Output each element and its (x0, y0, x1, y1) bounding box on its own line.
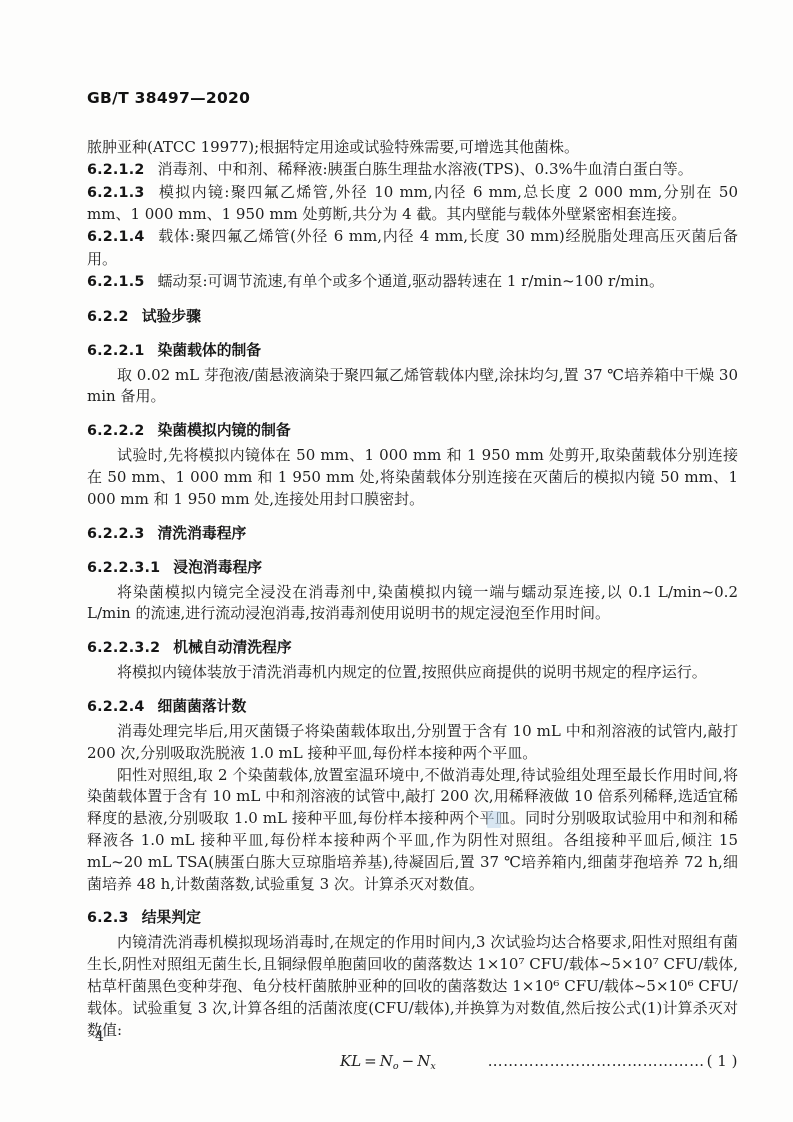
paragraph-6.2.3: 内镜清洗消毒机模拟现场消毒时,在规定的作用时间内,3 次试验均达合格要求,阳性对… (87, 932, 738, 1041)
page-content: GB/T 38497—2020 脓肿亚种(ATCC 19977);根据特定用途或… (87, 88, 738, 1072)
heading-6.2.2: 6.2.2试验步骤 (87, 306, 738, 328)
clause-text: 模拟内镜:聚四氟乙烯管,外径 10 mm,内径 6 mm,总长度 2 000 m… (87, 183, 738, 224)
heading-title: 清洗消毒程序 (158, 525, 247, 542)
minus-sign: − (399, 1052, 418, 1070)
formula-expression: KL=No−Nx (340, 1050, 436, 1072)
paragraph-6.2.2.4-1: 消毒处理完毕后,用灭菌镊子将染菌载体取出,分别置于含有 10 mL 中和剂溶液的… (87, 721, 738, 765)
paragraph-6.2.2.2: 试验时,先将模拟内镜体在 50 mm、1 000 mm 和 1 950 mm 处… (87, 445, 738, 510)
heading-6.2.2.1: 6.2.2.1染菌载体的制备 (87, 340, 738, 362)
heading-number: 6.2.2 (87, 309, 129, 325)
subscript-x: x (430, 1061, 435, 1072)
document-page: GB/T 38497—2020 脓肿亚种(ATCC 19977);根据特定用途或… (0, 0, 793, 1122)
heading-title: 试验步骤 (142, 308, 201, 325)
heading-6.2.2.3.1: 6.2.2.3.1浸泡消毒程序 (87, 557, 738, 579)
clause-number: 6.2.1.5 (87, 274, 145, 290)
clause-text: 消毒剂、中和剂、稀释液:胰蛋白胨生理盐水溶液(TPS)、0.3%牛血清白蛋白等。 (158, 160, 693, 178)
clause-text: 蠕动泵:可调节流速,有单个或多个通道,驱动器转速在 1 r/min~100 r/… (158, 272, 664, 290)
heading-6.2.2.3: 6.2.2.3清洗消毒程序 (87, 523, 738, 545)
heading-title: 浸泡消毒程序 (173, 559, 262, 576)
continuation-paragraph: 脓肿亚种(ATCC 19977);根据特定用途或试验特殊需要,可增选其他菌株。 (87, 137, 738, 159)
clause-text: 载体:聚四氟乙烯管(外径 6 mm,内径 4 mm,长度 30 mm)经脱脂处理… (87, 227, 738, 268)
dot-leader: …………………………………… (488, 1050, 705, 1072)
subscript-o: o (393, 1061, 399, 1072)
equation-1: KL=No−Nx …………………………………… ( 1 ) (87, 1050, 738, 1072)
heading-number: 6.2.2.3.2 (87, 640, 160, 656)
heading-6.2.2.3.2: 6.2.2.3.2机械自动清洗程序 (87, 637, 738, 659)
heading-number: 6.2.2.2 (87, 423, 145, 439)
equals-sign: = (361, 1052, 380, 1070)
scan-watermark-artifact (487, 811, 501, 828)
heading-number: 6.2.2.3.1 (87, 560, 160, 576)
paragraph-6.2.2.3.2: 将模拟内镜体装放于清洗消毒机内规定的位置,按照供应商提供的说明书规定的程序运行。 (87, 662, 738, 684)
heading-number: 6.2.2.1 (87, 343, 145, 359)
clause-number: 6.2.1.2 (87, 162, 145, 178)
clause-6.2.1.3: 6.2.1.3模拟内镜:聚四氟乙烯管,外径 10 mm,内径 6 mm,总长度 … (87, 182, 738, 227)
heading-number: 6.2.2.3 (87, 526, 145, 542)
clause-number: 6.2.1.3 (87, 185, 145, 201)
page-number: 4 (95, 1029, 104, 1045)
clause-6.2.1.4: 6.2.1.4载体:聚四氟乙烯管(外径 6 mm,内径 4 mm,长度 30 m… (87, 226, 738, 271)
heading-title: 机械自动清洗程序 (173, 639, 291, 656)
heading-number: 6.2.3 (87, 910, 129, 926)
clause-6.2.1.2: 6.2.1.2消毒剂、中和剂、稀释液:胰蛋白胨生理盐水溶液(TPS)、0.3%牛… (87, 159, 738, 182)
paragraph-6.2.2.4-2: 阳性对照组,取 2 个染菌载体,放置室温环境中,不做消毒处理,待试验组处理至最长… (87, 765, 738, 896)
heading-title: 结果判定 (142, 909, 201, 926)
heading-6.2.3: 6.2.3结果判定 (87, 907, 738, 929)
equation-number: ( 1 ) (707, 1050, 738, 1072)
heading-6.2.2.2: 6.2.2.2染菌模拟内镜的制备 (87, 420, 738, 442)
clause-6.2.1.5: 6.2.1.5蠕动泵:可调节流速,有单个或多个通道,驱动器转速在 1 r/min… (87, 271, 738, 294)
paragraph-6.2.2.1: 取 0.02 mL 芽孢液/菌悬液滴染于聚四氟乙烯管载体内壁,涂抹均匀,置 37… (87, 365, 738, 409)
standard-number-header: GB/T 38497—2020 (87, 88, 738, 108)
heading-title: 染菌载体的制备 (158, 342, 262, 359)
heading-number: 6.2.2.4 (87, 699, 145, 715)
paragraph-6.2.2.3.1: 将染菌模拟内镜完全浸没在消毒剂中,染菌模拟内镜一端与蠕动泵连接,以 0.1 L/… (87, 582, 738, 626)
heading-title: 染菌模拟内镜的制备 (158, 422, 291, 439)
heading-title: 细菌菌落计数 (158, 698, 247, 715)
heading-6.2.2.4: 6.2.2.4细菌菌落计数 (87, 696, 738, 718)
clause-number: 6.2.1.4 (87, 229, 145, 245)
